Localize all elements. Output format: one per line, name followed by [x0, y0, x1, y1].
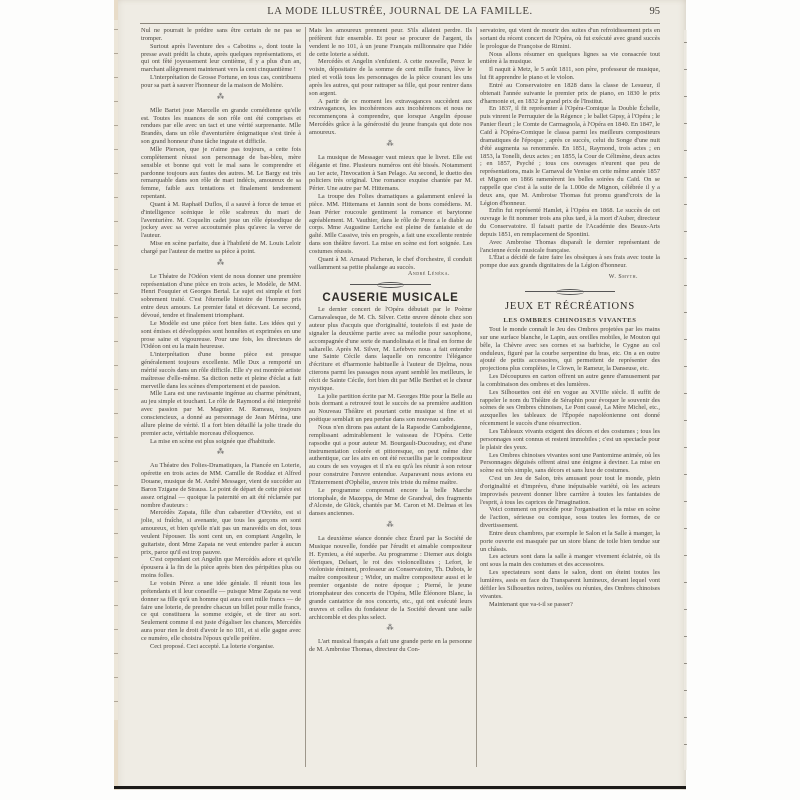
paragraph: L'art musical français a fait une grande…	[309, 638, 472, 654]
paragraph: Mercédès et Angelin s'enfuient. A cette …	[309, 58, 472, 97]
column-3: servatoire, qui vient de mourir des suit…	[480, 27, 660, 608]
paragraph: Les Silhouettes ont été en vogue au XVII…	[480, 389, 660, 428]
page-binding-edge	[114, 20, 118, 720]
article-ambroise-thomas: servatoire, qui vient de mourir des suit…	[480, 27, 660, 270]
paragraph: Maintenant que va-t-il se passer?	[480, 601, 660, 609]
paragraph: Les spectateurs sont dans le salon, dont…	[480, 569, 660, 600]
section-heading: JEUX ET RÉCRÉATIONS	[480, 300, 660, 314]
paragraph: A partir de ce moment les extravagances …	[309, 98, 472, 137]
paragraph: Le programme comprenait encore la belle …	[309, 487, 472, 518]
journal-title: LA MODE ILLUSTRÉE, JOURNAL DE LA FAMILLE…	[140, 6, 660, 17]
section-separator: ⁂	[141, 445, 301, 462]
paragraph: Mlle Pierson, que je n'aime pas toujours…	[141, 146, 301, 201]
paragraph: Voici comment on procède pour l'organisa…	[480, 506, 660, 530]
paragraph: L'interprétation d'une bonne pièce est p…	[141, 351, 301, 390]
paragraph: Il naquit à Metz, le 5 août 1811, son pè…	[480, 66, 660, 82]
article-ambroise-thomas-start: L'art musical français a fait une grande…	[309, 638, 472, 654]
paragraph: La deuxième séance donnée chez Érard par…	[309, 535, 472, 621]
article-ombres-chinoises: Tout le monde connaît le Jeu des Ombres …	[480, 326, 660, 608]
paragraph: Enfin fut représenté Hamlet, à l'Opéra e…	[480, 207, 660, 238]
paragraph: L'interprétation de Grosse Fortune, en t…	[141, 74, 301, 90]
column-rule	[476, 27, 477, 767]
paragraph: C'est un Jeu de Salon, très amusant pour…	[480, 475, 660, 506]
paragraph: Le Théatre de l'Odéon vient de nous donn…	[141, 273, 301, 320]
paragraph: Au Théatre des Folies-Dramatiques, la Fi…	[141, 462, 301, 509]
paragraph: Mercédès Zapata, fille d'un cabaretier d…	[141, 509, 301, 556]
paragraph: Le Modèle est une pièce fort bien faite.…	[141, 320, 301, 351]
section-separator: ⁂	[309, 137, 472, 154]
paragraph: Avec Ambroise Thomas disparaît le dernie…	[480, 239, 660, 255]
paragraph: Les Ombres chinoises vivantes sont une P…	[480, 452, 660, 476]
paragraph: Le voisin Pérez a une idée géniale. Il r…	[141, 580, 301, 643]
page-header: LA MODE ILLUSTRÉE, JOURNAL DE LA FAMILLE…	[140, 6, 660, 20]
paragraph: La troupe des Folies dramatiques a galam…	[309, 193, 472, 256]
section-separator: ⁂	[309, 518, 472, 535]
paragraph: Nous n'en dirons pas autant de la Rapsod…	[309, 424, 472, 487]
paragraph: En 1837, il fit représenter à l'Opéra-Co…	[480, 105, 660, 207]
article-folies-dramatiques: Au Théatre des Folies-Dramatiques, la Fi…	[141, 462, 301, 650]
paragraph: Mlle Lara est une ravissante ingénue au …	[141, 390, 301, 437]
section-subheading: LES OMBRES CHINOISES VIVANTES	[480, 316, 660, 325]
paragraph: Les Découpures en carton offrent un autr…	[480, 373, 660, 389]
article-comedie-francaise: Mlle Bartet joue Marcelle en grande comé…	[141, 107, 301, 256]
article-odeon: Le Théatre de l'Odéon vient de nous donn…	[141, 273, 301, 446]
article-causerie-musicale: Le dernier concert de l'Opéra débutait p…	[309, 306, 472, 518]
column-1: Nul ne pourrait le prédire sans être cer…	[141, 27, 301, 651]
paragraph: L'État a décidé de faire faire les obsèq…	[480, 254, 660, 270]
header-rule	[140, 23, 660, 24]
paragraph: Mais les amoureux prennent peur. S'ils a…	[309, 27, 472, 58]
ornamental-divider	[309, 279, 472, 289]
paragraph: Tout le monde connaît le Jeu des Ombres …	[480, 326, 660, 373]
page-bottom-edge	[114, 786, 686, 789]
section-separator: ⁂	[141, 90, 301, 107]
paragraph: La jolie partition écrite par M. Georges…	[309, 393, 472, 424]
column-2: Mais les amoureux prennent peur. S'ils a…	[309, 27, 472, 654]
paragraph: La musique de Messager vaut mieux que le…	[309, 154, 472, 193]
paragraph: Mlle Bartet joue Marcelle en grande comé…	[141, 107, 301, 146]
paragraph: Quant à M. Raphaël Duflos, il a sauvé à …	[141, 201, 301, 240]
paragraph: La mise en scène est plus soignée que d'…	[141, 438, 301, 446]
article-fiancee-loterie-cast: La musique de Messager vaut mieux que le…	[309, 154, 472, 272]
author-signature: André Lénéka.	[309, 271, 472, 279]
section-heading: CAUSERIE MUSICALE	[309, 291, 472, 305]
paragraph: Mise en scène parfaite, due à l'habileté…	[141, 240, 301, 256]
paragraph: Entré au Conservatoire en 1828 dans la c…	[480, 82, 660, 106]
author-signature: W. Smyth.	[480, 274, 660, 282]
paragraph: C'est cependant cet Angelin que Mercédès…	[141, 556, 301, 580]
paragraph: servatoire, qui vient de mourir des suit…	[480, 27, 660, 51]
paragraph: Les acteurs sont dans la salle à manger …	[480, 553, 660, 569]
ornamental-divider	[480, 286, 660, 296]
paragraph: Quant à M. Arnaud Picheran, le chef d'or…	[309, 256, 472, 272]
article-fiancee-loterie-plot: Mais les amoureux prennent peur. S'ils a…	[309, 27, 472, 137]
column-rule	[305, 27, 306, 767]
paragraph: Nous allons résumer en quelques lignes s…	[480, 51, 660, 67]
article-societe-musique-nouvelle: La deuxième séance donnée chez Érard par…	[309, 535, 472, 621]
paragraph: Surtout après l'aventure des « Cabotins …	[141, 43, 301, 74]
article-grosse-fortune-end: Nul ne pourrait le prédire sans être cer…	[141, 27, 301, 90]
section-separator: ⁂	[141, 256, 301, 273]
page-number: 95	[650, 6, 661, 17]
paragraph: Nul ne pourrait le prédire sans être cer…	[141, 27, 301, 43]
paragraph: Entre deux chambres, par exemple le Salo…	[480, 530, 660, 554]
paragraph: Le dernier concert de l'Opéra débutait p…	[309, 306, 472, 392]
page-right-edge	[684, 30, 687, 770]
paragraph: Ceci proposé. Ceci accepté. La loterie s…	[141, 643, 301, 651]
paragraph: Les Tableaux vivants exigent des décors …	[480, 428, 660, 452]
section-separator: ⁂	[309, 621, 472, 638]
